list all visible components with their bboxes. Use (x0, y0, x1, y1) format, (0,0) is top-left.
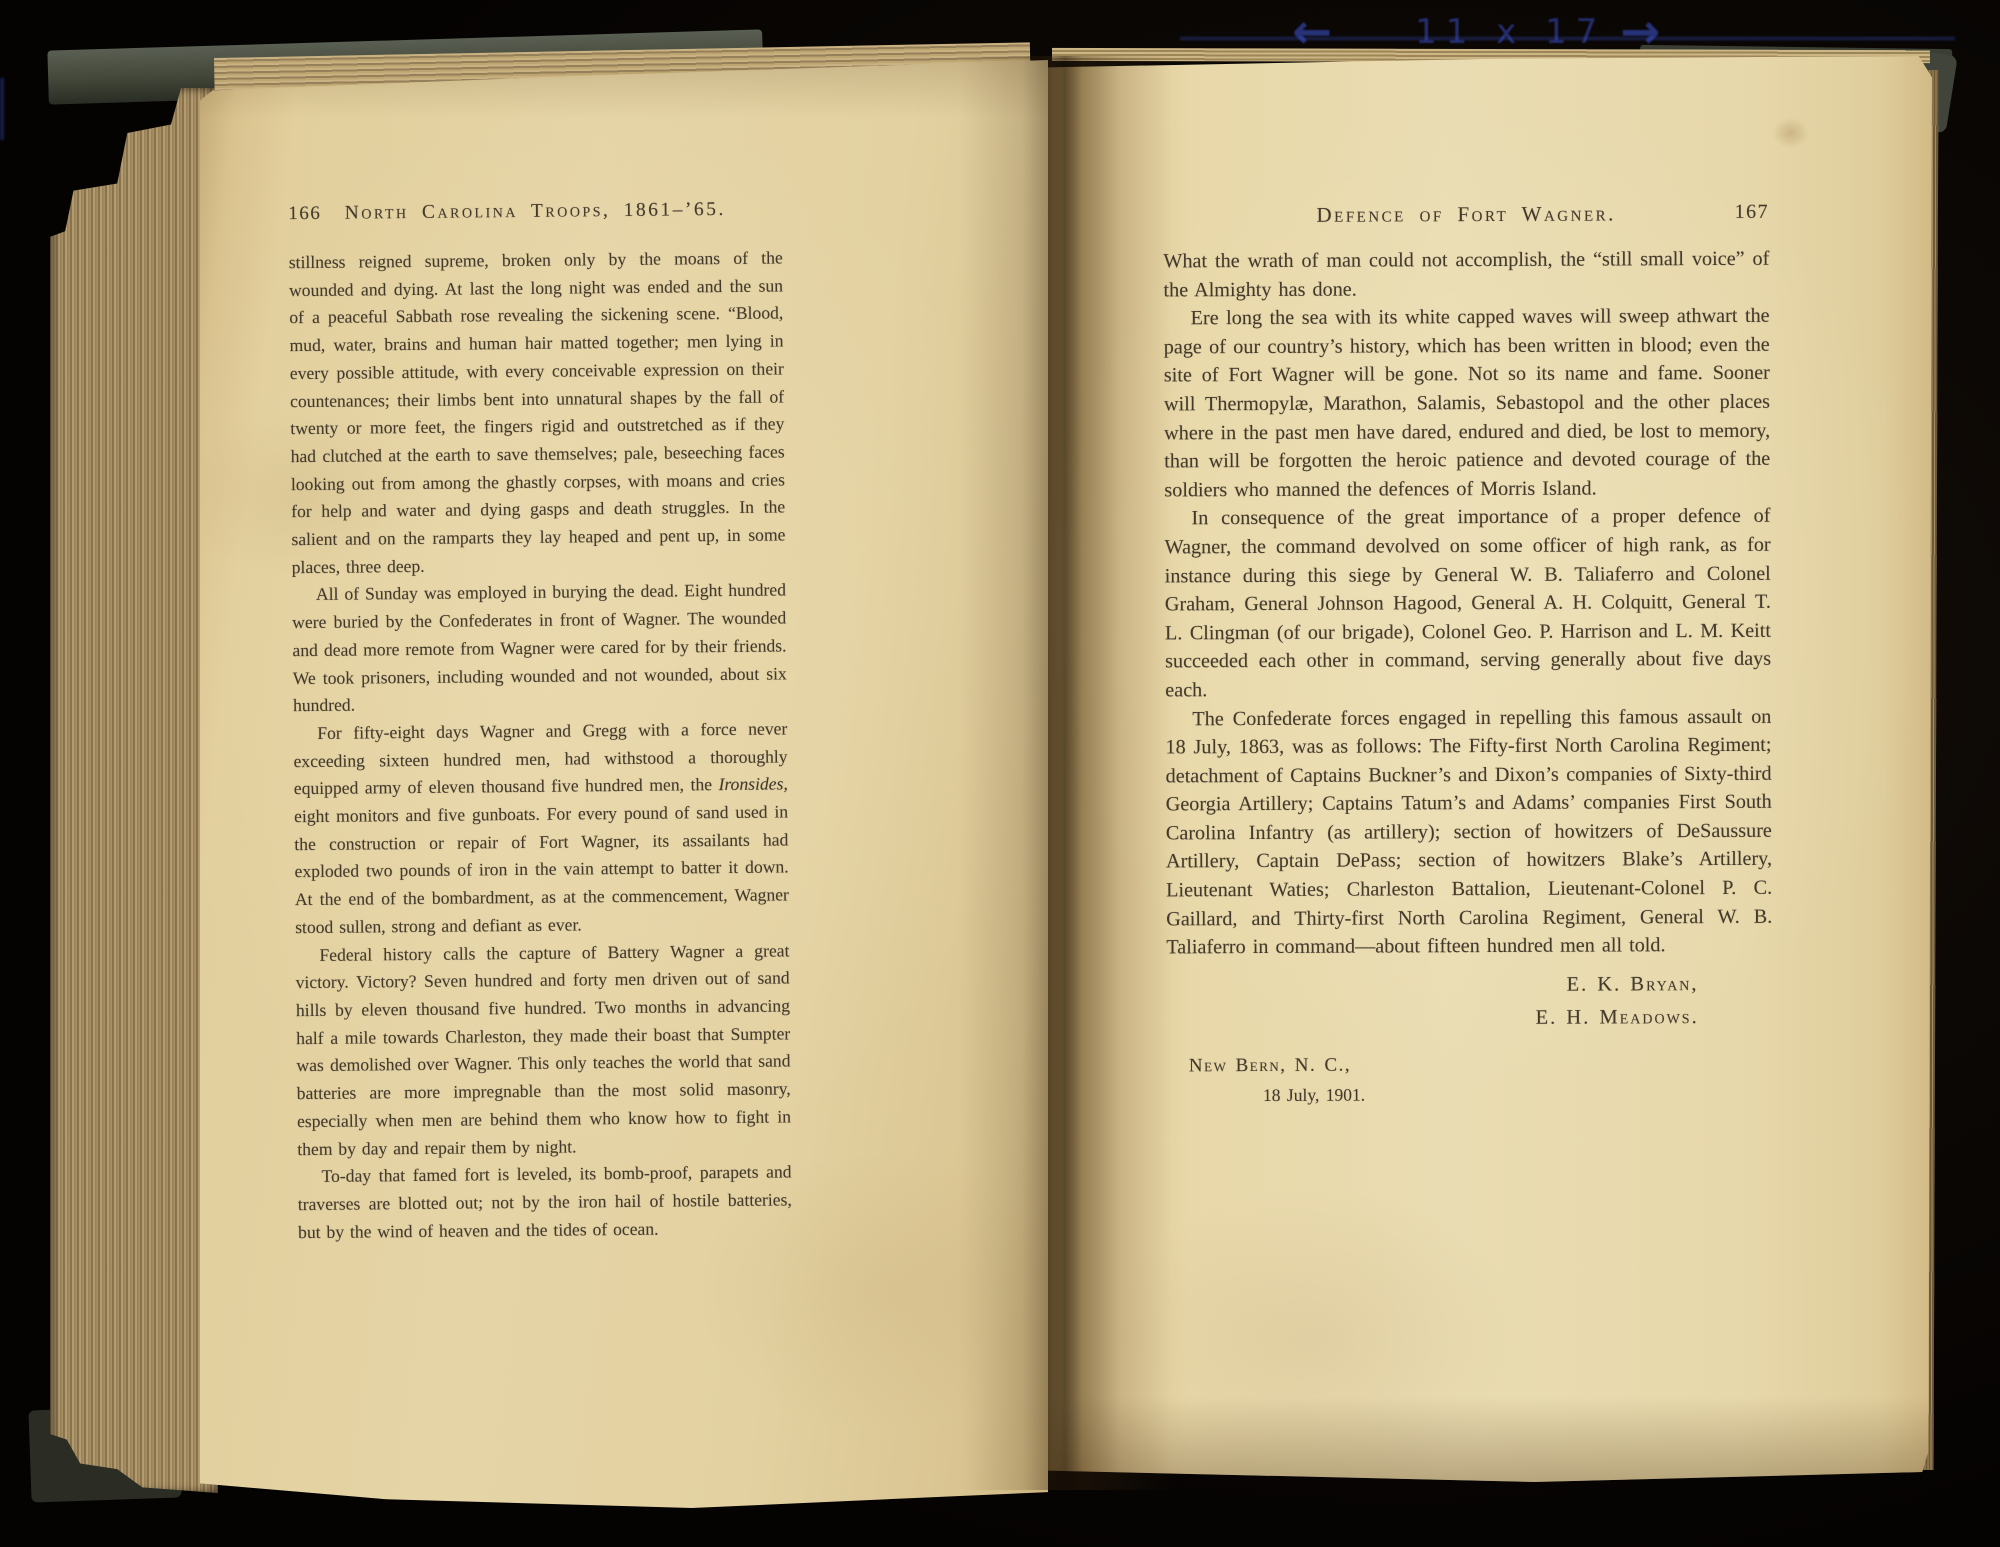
paragraph: For fifty-eight days Wagner and Gregg wi… (293, 715, 789, 941)
signature: E. H. Meadows. (1167, 1001, 1699, 1036)
paragraph-segment: eight monitors and five gunboats. For ev… (294, 801, 789, 937)
paragraph: The Confederate forces engaged in repell… (1165, 702, 1772, 962)
left-page-text: stillness reigned supreme, broken only b… (289, 244, 793, 1246)
paragraph: What the wrath of man could not accompli… (1163, 245, 1769, 305)
signature-block: E. K. Bryan, E. H. Meadows. (1166, 968, 1772, 1037)
scanner-edge-mark (0, 78, 4, 140)
left-page-number: 166 (288, 203, 321, 225)
italic-ship-name: Ironsides, (718, 774, 787, 795)
ruler-size-label: 11 x 17 (1415, 12, 1606, 52)
left-page: 166 North Carolina Troops, 1861–’65. sti… (200, 60, 1048, 1508)
paragraph: To-day that famed fort is leveled, its b… (297, 1159, 792, 1247)
right-running-title: Defence of Fort Wagner. (1316, 201, 1616, 227)
paragraph: stillness reigned supreme, broken only b… (289, 244, 786, 581)
right-page-header: Defence of Fort Wagner. 167 (1163, 201, 1769, 229)
dateline-date: 18 July, 1901. (1167, 1078, 1773, 1111)
paragraph: All of Sunday was employed in burying th… (292, 577, 787, 720)
paragraph: In consequence of the great importance o… (1164, 502, 1771, 705)
right-page: Defence of Fort Wagner. 167 What the wra… (1048, 56, 1932, 1482)
paragraph-segment: For fifty-eight days Wagner and Gregg wi… (293, 718, 787, 798)
signature: E. K. Bryan, (1166, 968, 1698, 1003)
paragraph: Ere long the sea with its white capped w… (1164, 302, 1771, 505)
right-page-text: What the wrath of man could not accompli… (1163, 245, 1773, 1110)
left-page-surface: 166 North Carolina Troops, 1861–’65. sti… (199, 56, 1061, 1512)
page-edge-stack-left (50, 88, 218, 1493)
dateline: New Bern, N. C., 18 July, 1901. (1167, 1050, 1773, 1111)
left-running-title: North Carolina Troops, 1861–’65. (345, 199, 726, 225)
right-page-number: 167 (1735, 201, 1770, 224)
scanner-bed: ← 11 x 17 → 166 North Carolina Troops, 1… (0, 0, 2000, 1547)
dateline-place: New Bern, N. C., (1167, 1050, 1773, 1081)
paragraph: Federal history calls the capture of Bat… (295, 937, 791, 1163)
left-page-header: 166 North Carolina Troops, 1861–’65. (288, 198, 782, 225)
right-page-surface: Defence of Fort Wagner. 167 What the wra… (1047, 54, 1937, 1484)
